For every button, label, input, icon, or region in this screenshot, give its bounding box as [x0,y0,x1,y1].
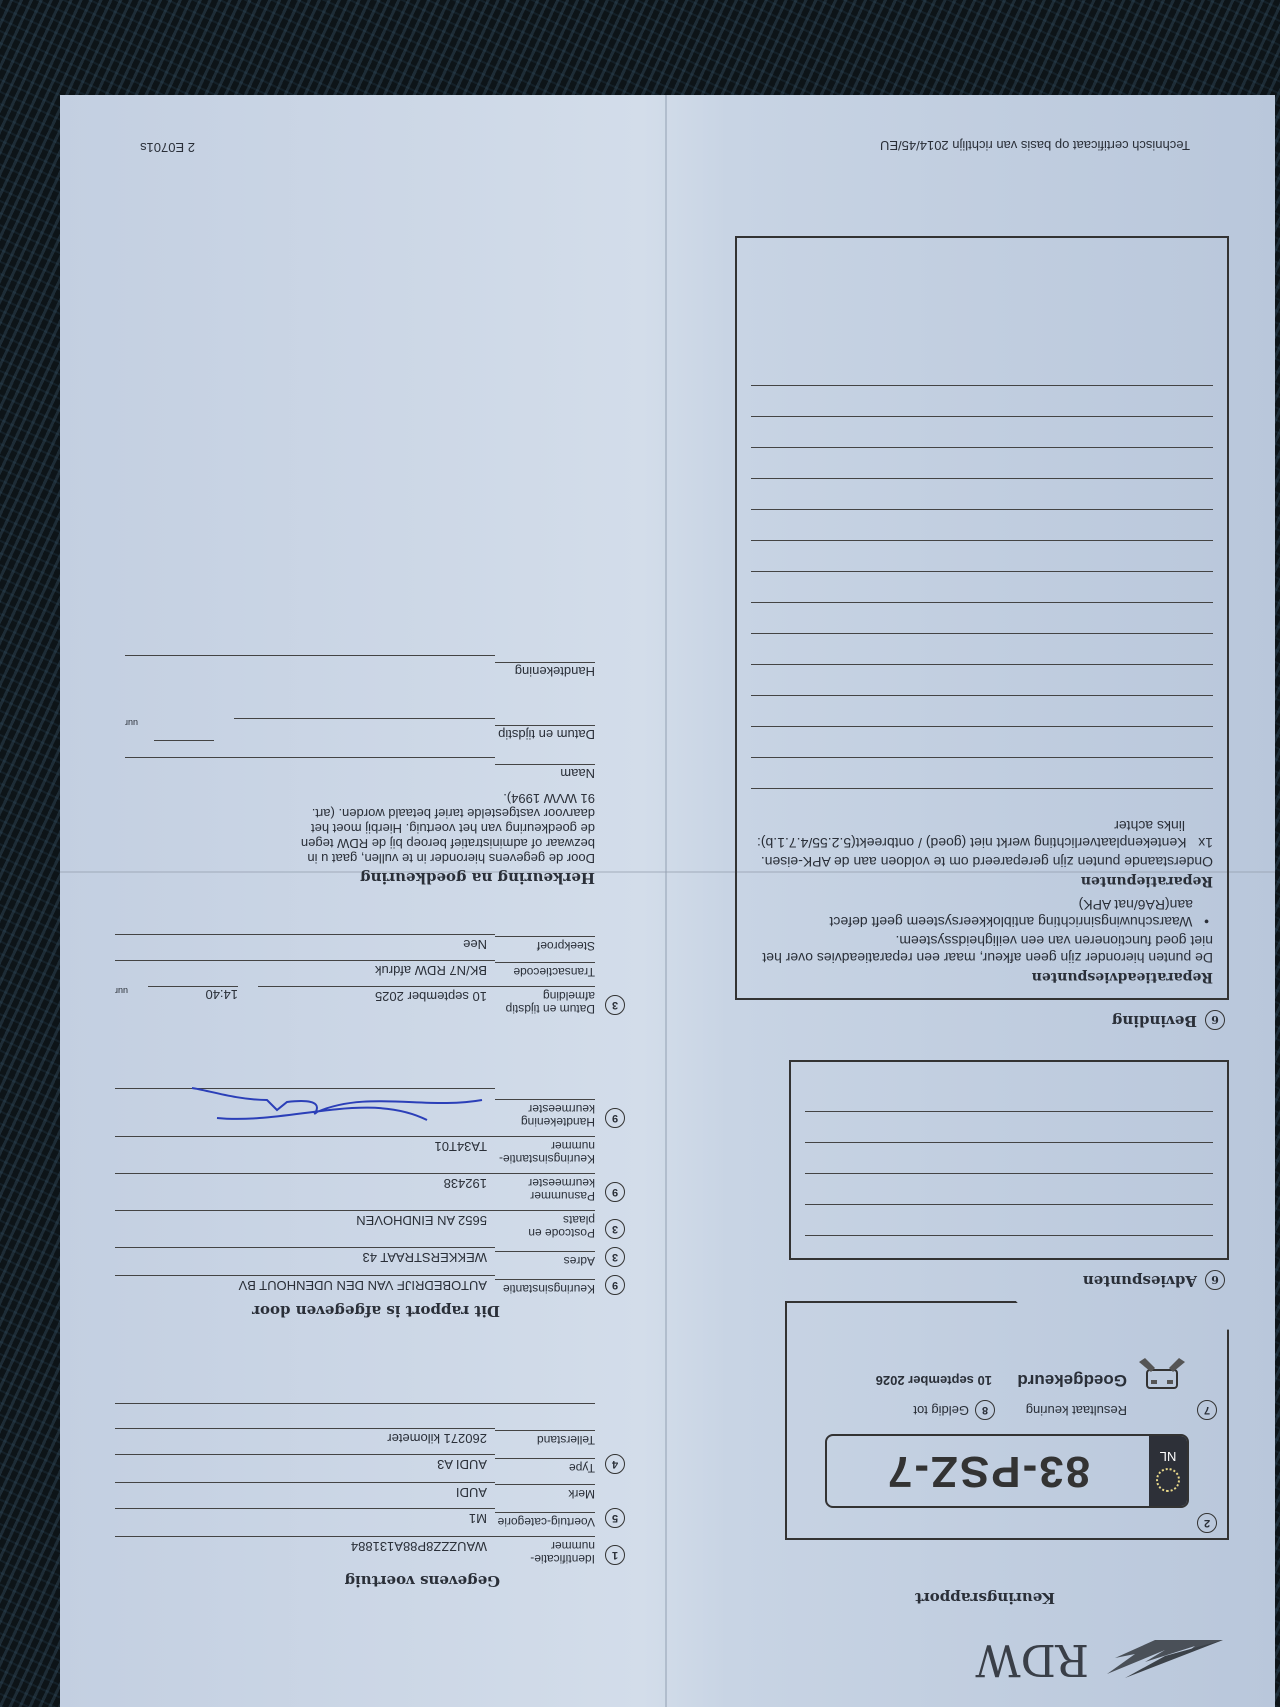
field-number: 3 [605,1219,625,1239]
field-value: TA34T01 [115,1136,495,1165]
field-value: WAUZZZ8P88A131884 [115,1536,495,1565]
vehicle-field-make: MerkAUDI [115,1482,625,1500]
field-label: Handtekening keurmeester [495,1099,595,1128]
rdw-feather-icon [1105,1635,1225,1685]
section-number-6b: 6 [1205,1010,1225,1030]
field-value: WEKKERSTRAAT 43 [115,1247,495,1267]
field-value: AUDI [115,1482,495,1500]
field-label: Keuringsinstantie [495,1279,595,1295]
date-input[interactable] [234,718,495,741]
advice-line [805,1204,1213,1205]
result-label: Resultaat keuring [1026,1403,1127,1418]
field-label: Steekproef [495,936,595,952]
inspection-report-paper: RDW Keuringsrapport 2 NL 83-PSZ-7 7 Resu… [60,95,1275,1707]
name-input[interactable] [125,757,495,780]
field-label: Voertuig-categorie [495,1512,595,1528]
repair-advice-title: Reparatieadviespunten [1032,969,1213,985]
rdw-logo: RDW [975,1634,1225,1685]
field-label: Handtekening [495,662,595,678]
field-label: Datum en tijdstip [495,725,595,741]
issuer-heading: Dit rapport is afgegeven door [252,1302,500,1320]
finding-heading-text: Bevinding [1112,1012,1197,1030]
valid-until-value: 10 september 2026 [876,1373,992,1388]
section-number-7: 7 [1197,1400,1217,1420]
rdw-logo-text: RDW [975,1634,1089,1685]
finding-heading: 6Bevinding [1112,1010,1225,1030]
issuer-field-address: 3AdresWEKKERSTRAAT 43 [115,1247,625,1267]
time-unit: uur [115,986,128,996]
field-value: AUDI A3 [115,1454,495,1474]
field-number: 9 [605,1275,625,1295]
field-label: Datum en tijdstip afmelding [495,986,595,1015]
registration-fields: 3Datum en tijdstip afmelding10 september… [115,926,625,1015]
field-label: Merk [495,1484,595,1500]
field-label: Keuringsinstantie-nummer [495,1136,595,1165]
vehicle-field-type: 4TypeAUDI A3 [115,1454,625,1474]
finding-lines [737,385,1227,789]
repair-text: Kentekenplaatverlichting werkt niet (goe… [757,818,1187,851]
field-number: 5 [605,1508,625,1528]
advice-heading-text: Adviespunten [1083,1272,1197,1290]
reinspection-section: Herkeuring na goedkeuring Door de gegeve… [295,791,595,885]
plate-eu-band: NL [1149,1436,1187,1506]
time-unit: uur [125,718,138,728]
field-number: 3 [605,1247,625,1267]
registration-transaction-code: TransactiecodeBK/N7 RDW afdruk [115,960,625,978]
eu-stars-icon [1156,1469,1180,1493]
field-value: Nee [115,934,495,952]
repairs-title: Reparatiepunten [1081,873,1213,889]
advice-line [805,1173,1213,1174]
repair-advice-item-text: Waarschuwingsinrichting antiblokkeersyst… [830,897,1193,930]
reinspection-name[interactable]: Naam [125,757,595,780]
repair-advice-item: • Waarschuwingsinrichting antiblokkeersy… [751,896,1213,930]
vehicle-field-vin: 1Identificatie-nummerWAUZZZ8P88A131884 [115,1536,625,1565]
field-value: 10 september 2025 [258,986,495,1015]
field-label: Identificatie-nummer [495,1536,595,1565]
field-label: Postcode en plaats [495,1210,595,1239]
result-value: Goedgekeurd [1017,1370,1127,1390]
right-column: Gegevens voertuig 1Identificatie-nummerW… [115,95,635,1707]
vehicle-field-category: 5Voertuig-categorieM1 [115,1508,625,1528]
vehicle-fields: 1Identificatie-nummerWAUZZZ8P88A131884 5… [115,1395,625,1565]
reinspection-text: Door de gegevens hieronder in te vullen,… [295,791,595,866]
finding-box: Reparatieadviespunten De punten hieronde… [735,236,1229,1000]
registration-datetime: 3Datum en tijdstip afmelding10 september… [115,986,625,1015]
field-label: Naam [495,764,595,780]
field-value: 192438 [115,1173,495,1202]
advice-heading: 6Adviespunten [1083,1270,1225,1290]
reinspection-heading: Herkeuring na goedkeuring [295,870,595,885]
field-label: Transactiecode [495,962,595,978]
issuer-field-signature: 9Handtekening keurmeester [115,1088,625,1128]
advice-line [805,1142,1213,1143]
plate-registration: 83-PSZ-7 [827,1436,1149,1506]
reinspection-datetime[interactable]: Datum en tijdstip uur [125,718,595,741]
issuer-field-postcode: 3Postcode en plaats5652 AN EINDHOVEN [115,1210,625,1239]
time-input[interactable] [154,740,214,741]
field-value: BK/N7 RDW afdruk [115,960,495,978]
advice-box [789,1060,1229,1260]
field-value: AUTOBEDRIJF VAN DEN UDENHOUT BV [115,1275,495,1295]
car-lift-icon [1137,1358,1187,1398]
field-label: Adres [495,1251,595,1267]
vehicle-blank-line [115,1403,625,1420]
field-number: 9 [605,1182,625,1202]
plate-result-box: 2 NL 83-PSZ-7 7 Resultaat keuring 8 Geld… [785,1301,1229,1540]
section-number-6: 6 [1205,1270,1225,1290]
plate-country-code: NL [1160,1450,1177,1465]
vehicle-field-odometer: Tellerstand260271 kilometer [115,1428,625,1446]
license-plate: NL 83-PSZ-7 [825,1434,1189,1508]
valid-until-label: Geldig tot [913,1403,969,1418]
issuer-field-station: 9KeuringsinstantieAUTOBEDRIJF VAN DEN UD… [115,1275,625,1295]
repair-qty: 1x [1198,835,1213,851]
document-title: Keuringsrapport [915,1589,1055,1607]
registration-sample: SteekproefNee [115,934,625,952]
signature-field [115,1088,495,1128]
field-value: 5652 AN EINDHOVEN [115,1210,495,1239]
vehicle-heading: Gegevens voertuig [345,1572,500,1590]
reinspection-signature[interactable]: Handtekening [125,655,595,678]
fold-line-vertical [666,95,668,1707]
issuer-field-inspector-pass: 9Pasnummer keurmeester192438 [115,1173,625,1202]
issuer-field-station-number: Keuringsinstantie-nummerTA34T01 [115,1136,625,1165]
reinspection-fields: Naam Datum en tijdstip uur Handtekening [125,647,595,780]
advice-line [805,1235,1213,1236]
footer-note: Technisch certificaat op basis van richt… [880,138,1190,153]
left-column: RDW Keuringsrapport 2 NL 83-PSZ-7 7 Resu… [715,95,1235,1707]
registration-time: 14:40 [148,986,238,1015]
field-number: 4 [605,1454,625,1474]
repairs-intro: Onderstaande punten zijn gerepareerd om … [751,853,1213,870]
field-label: Type [495,1458,595,1474]
field-label: Tellerstand [495,1430,595,1446]
issuer-fields: 9KeuringsinstantieAUTOBEDRIJF VAN DEN UD… [115,1080,625,1295]
finding-content: Reparatieadviespunten De punten hieronde… [737,803,1227,998]
field-label: Pasnummer keurmeester [495,1173,595,1202]
field-number: 1 [605,1545,625,1565]
field-number: 9 [605,1108,625,1128]
form-code: 2 E0701s [140,140,195,155]
repair-item: 1x Kentekenplaatverlichting werkt niet (… [751,817,1213,851]
signature-input[interactable] [125,655,495,678]
field-value: M1 [115,1508,495,1528]
field-value: 260271 kilometer [115,1428,495,1446]
repair-advice-intro: De punten hieronder zijn geen afkeur, ma… [751,932,1213,966]
section-number-8: 8 [975,1400,995,1420]
section-number-2: 2 [1197,1513,1217,1533]
field-number: 3 [605,995,625,1015]
advice-line [805,1111,1213,1112]
inspector-signature [187,1085,487,1130]
